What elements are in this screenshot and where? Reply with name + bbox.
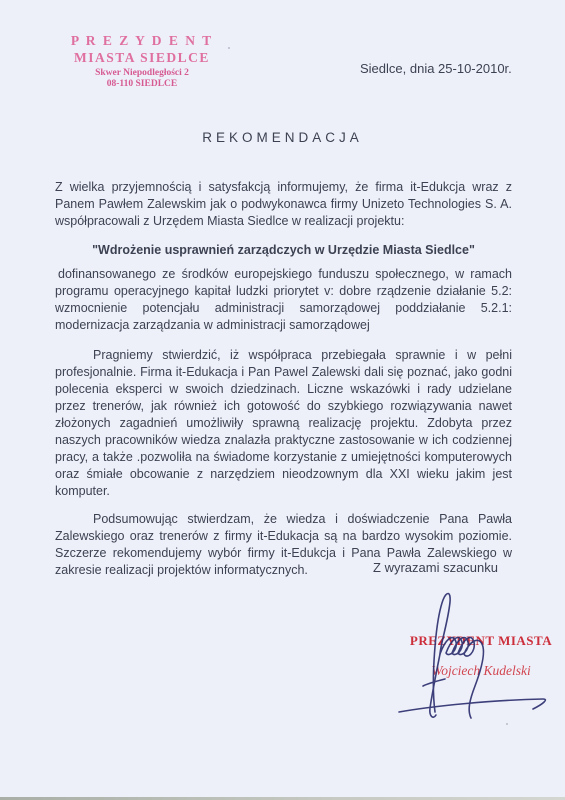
funding-paragraph: dofinansowanego ze środków europejskiego…	[55, 266, 512, 334]
scanned-letter-page: P R E Z Y D E N T MIASTA SIEDLCE Skwer N…	[0, 0, 565, 800]
letter-body: Z wielka przyjemnością i satysfakcją inf…	[55, 179, 512, 579]
document-title: REKOMENDACJA	[0, 130, 565, 145]
letterhead-address-city: 08-110 SIEDLCE	[62, 79, 222, 90]
intro-paragraph: Z wielka przyjemnością i satysfakcją inf…	[55, 179, 512, 230]
letterhead-office-line1: P R E Z Y D E N T	[62, 33, 222, 49]
project-title: "Wdrożenie usprawnień zarządczych w Urzę…	[55, 242, 512, 259]
dateline: Siedlce, dnia 25-10-2010r.	[360, 61, 512, 76]
body-paragraph-1: Pragniemy stwierdzić, iż współpraca prze…	[55, 347, 512, 500]
signature-ink	[383, 582, 555, 734]
letterhead-office-line2: MIASTA SIEDLCE	[62, 50, 222, 66]
closing-salutation: Z wyrazami szacunku	[373, 560, 498, 575]
letterhead-stamp: P R E Z Y D E N T MIASTA SIEDLCE Skwer N…	[62, 33, 222, 90]
letterhead-address-street: Skwer Niepodległości 2	[62, 68, 222, 79]
scan-speck	[228, 47, 230, 49]
scan-speck	[506, 723, 508, 725]
